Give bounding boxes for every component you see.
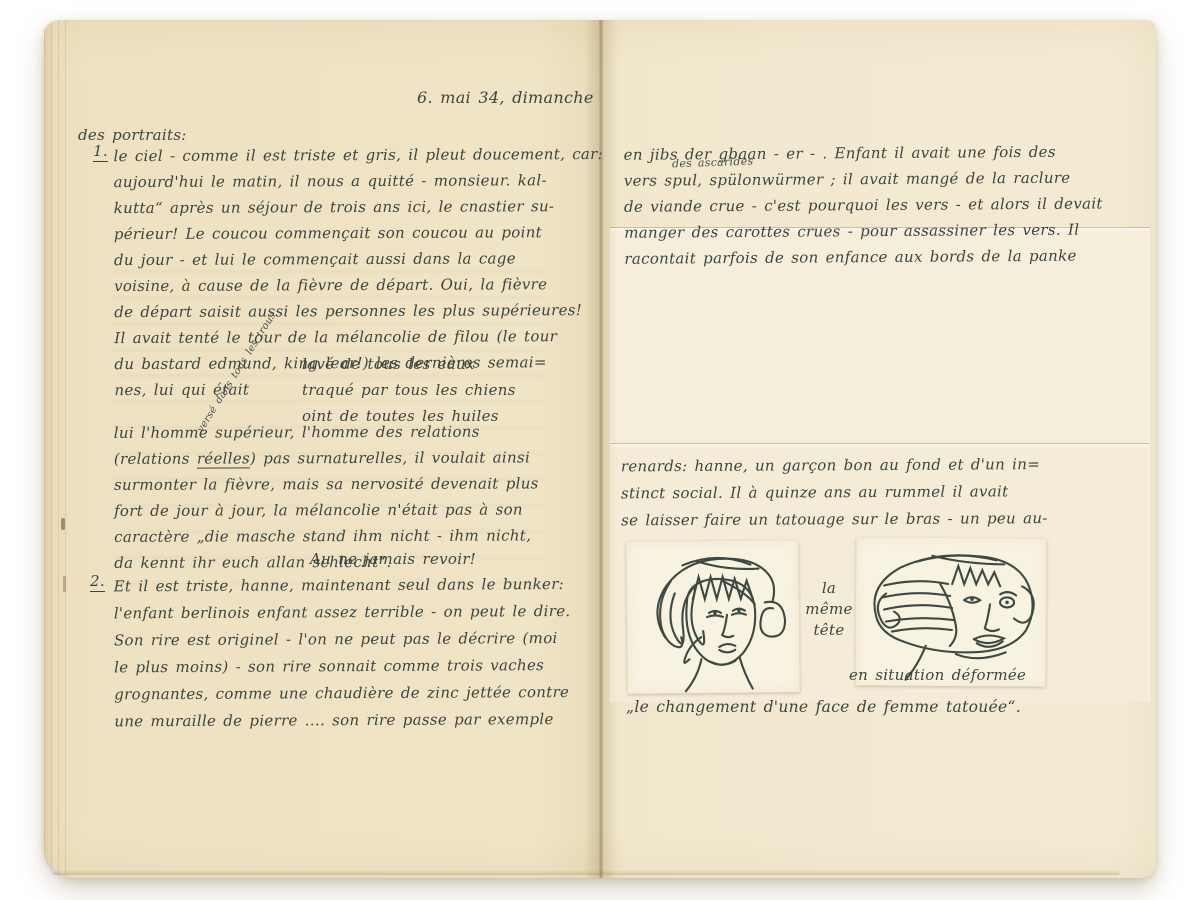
caption-deformed: en situation déformée — [849, 666, 1026, 684]
underlined-word: réelles — [197, 449, 250, 468]
handwritten-line: traqué par tous les chiens — [302, 377, 516, 403]
caption-line: tête — [801, 620, 857, 641]
edge-mark — [63, 576, 66, 592]
edge-mark — [61, 518, 65, 530]
handwritten-line: voisine, à cause de la fièvre de départ.… — [114, 271, 614, 299]
anointing-list: lavé de tous les eaux traqué par tous le… — [302, 351, 516, 429]
handwritten-line: du jour - et lui le commençait aussi dan… — [114, 245, 614, 273]
date-heading: 6. mai 34, dimanche — [417, 88, 594, 107]
item2-number: 2. — [90, 572, 105, 592]
handwritten-line: stinct social. Il à quinze ans au rummel… — [621, 478, 1131, 508]
handwritten-line: de départ saisit aussi les personnes les… — [114, 297, 614, 325]
notebook-spread: 6. mai 34, dimanche des portraits: 1. le… — [44, 20, 1156, 878]
caption-line: la — [801, 578, 857, 599]
exclamation-line: Au ne jamais revoir! — [310, 550, 476, 568]
handwritten-line: racontait parfois de son enfance aux bor… — [624, 242, 1134, 272]
handwritten-line: kutta“ après un séjour de trois ans ici,… — [114, 193, 614, 221]
handwritten-line: Il avait tenté le tour de la mélancolie … — [114, 323, 614, 351]
handwritten-line: l'enfant berlinois enfant assez terrible… — [114, 598, 624, 628]
caption-line: même — [801, 599, 857, 620]
item1-number: 1. — [93, 142, 108, 162]
handwritten-line: le ciel - comme il est triste et gris, i… — [113, 141, 613, 169]
handwritten-line: surmonter la fièvre, mais sa nervosité d… — [114, 470, 614, 498]
handwritten-line: caractère „die masche stand ihm nicht - … — [114, 522, 614, 550]
item2-paragraph: Et il est triste, hanne, maintenant seul… — [114, 571, 625, 736]
handwritten-line: renards: hanne, un garçon bon au fond et… — [621, 451, 1131, 481]
handwritten-line: grognantes, comme une chaudière de zinc … — [114, 679, 624, 709]
right-paragraph-2: renards: hanne, un garçon bon au fond et… — [621, 451, 1131, 535]
handwritten-line: Son rire est originel - l'on ne peut pas… — [114, 625, 624, 655]
handwritten-line: lui l'homme supérieur, l'homme des relat… — [114, 418, 614, 446]
handwritten-line: de viande crue - c'est pourquoi les vers… — [624, 190, 1134, 220]
handwritten-line: aujourd'hui le matin, il nous a quitté -… — [114, 167, 614, 195]
line-segment: (relations — [114, 450, 197, 468]
handwritten-line: lavé de tous les eaux — [302, 351, 516, 377]
deformed-head-sketch — [855, 537, 1046, 686]
line-segment: ) pas surnaturelles, il voulait ainsi — [250, 448, 530, 467]
handwritten-line: le plus moins) - son rire sonnait comme … — [114, 652, 624, 682]
handwritten-line: fort de jour à jour, la mélancolie n'éta… — [114, 496, 614, 524]
bottom-quote: „le changement d'une face de femme tatou… — [626, 698, 1021, 716]
handwritten-line: périeur! Le coucou commençait son coucou… — [114, 219, 614, 247]
caption-same-head: la même tête — [801, 578, 857, 641]
page-bottom-edge — [52, 870, 1120, 875]
sketch-patch-right — [855, 537, 1046, 686]
page-edge-stack — [44, 20, 70, 878]
handwritten-line: (relations réelles) pas surnaturelles, i… — [114, 444, 614, 472]
handwritten-line: manger des carottes crues - pour assassi… — [624, 216, 1134, 246]
woman-head-sketch — [626, 540, 800, 694]
handwritten-line: se laisser faire un tatouage sur le bras… — [621, 505, 1131, 535]
sketch-patch-left — [626, 540, 800, 694]
handwritten-line: Et il est triste, hanne, maintenant seul… — [114, 571, 624, 601]
handwritten-line: une muraille de pierre .... son rire pas… — [114, 706, 624, 736]
